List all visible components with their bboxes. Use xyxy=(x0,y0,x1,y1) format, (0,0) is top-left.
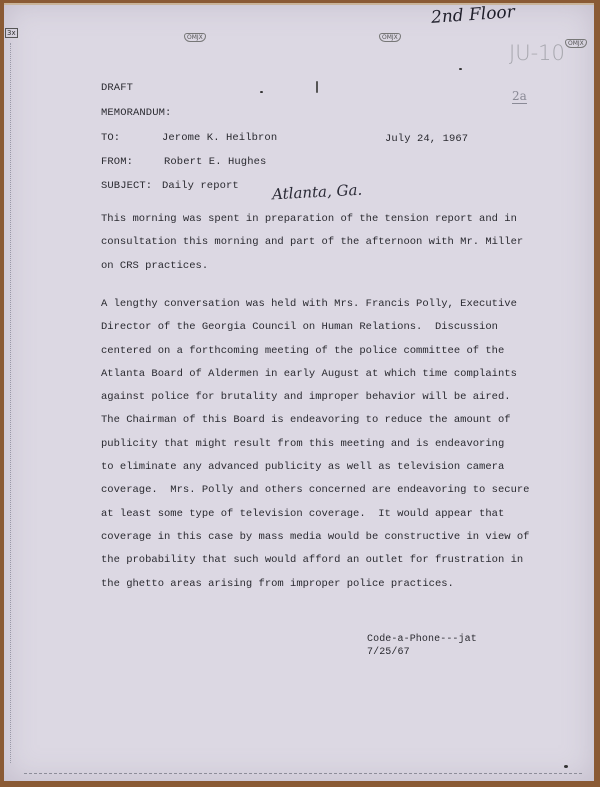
handwritten-floor-note: 2nd Floor xyxy=(430,2,515,28)
body-line: publicity that might result from this me… xyxy=(101,433,561,456)
body-paragraph-1: This morning was spent in preparation of… xyxy=(101,208,561,278)
body-line: A lengthy conversation was held with Mrs… xyxy=(101,293,561,316)
from-label: FROM: xyxy=(101,156,133,168)
body-line: Director of the Georgia Council on Human… xyxy=(101,316,561,339)
body-line: on CRS practices. xyxy=(101,255,561,278)
subject-label: SUBJECT: xyxy=(101,180,152,192)
ink-speck xyxy=(564,765,568,768)
memorandum-label: MEMORANDUM: xyxy=(101,107,171,119)
transcription-note: Code-a-Phone---jat xyxy=(367,634,477,645)
body-line: the ghetto areas arising from improper p… xyxy=(101,573,561,596)
ink-speck xyxy=(316,81,318,93)
corner-tag: 3x xyxy=(5,28,18,38)
handwritten-file-code: JU-10 xyxy=(509,41,565,65)
ink-speck xyxy=(459,68,462,70)
stamp-mark: OMJX xyxy=(379,33,401,42)
body-paragraph-2: A lengthy conversation was held with Mrs… xyxy=(101,293,561,596)
left-perforation xyxy=(10,43,12,763)
body-line: coverage. Mrs. Polly and others concerne… xyxy=(101,479,561,502)
handwritten-location: Atlanta, Ga. xyxy=(272,181,363,204)
body-line: consultation this morning and part of th… xyxy=(101,231,561,254)
body-line: coverage in this case by mass media woul… xyxy=(101,526,561,549)
from-value: Robert E. Hughes xyxy=(164,156,266,168)
subject-value: Daily report xyxy=(162,180,239,192)
body-line: centered on a forthcoming meeting of the… xyxy=(101,340,561,363)
bottom-perforation xyxy=(24,773,582,775)
ink-speck xyxy=(260,91,263,93)
body-line: the probability that such would afford a… xyxy=(101,549,561,572)
body-line: against police for brutality and imprope… xyxy=(101,386,561,409)
to-label: TO: xyxy=(101,132,120,144)
body-line: at least some type of television coverag… xyxy=(101,503,561,526)
body-line: to eliminate any advanced publicity as w… xyxy=(101,456,561,479)
memo-date: July 24, 1967 xyxy=(385,133,468,145)
to-value: Jerome K. Heilbron xyxy=(162,132,277,144)
handwritten-page-mark: 2a xyxy=(512,89,527,104)
body-line: Atlanta Board of Aldermen in early Augus… xyxy=(101,363,561,386)
document-page: 3x OMJX OMJX OMJX 2nd Floor JU-10 2a Atl… xyxy=(4,3,594,781)
transcription-date: 7/25/67 xyxy=(367,647,410,658)
stamp-mark: OMJX xyxy=(184,33,206,42)
stamp-mark: OMJX xyxy=(565,39,587,48)
draft-label: DRAFT xyxy=(101,82,133,94)
body-line: The Chairman of this Board is endeavorin… xyxy=(101,409,561,432)
body-line: This morning was spent in preparation of… xyxy=(101,208,561,231)
